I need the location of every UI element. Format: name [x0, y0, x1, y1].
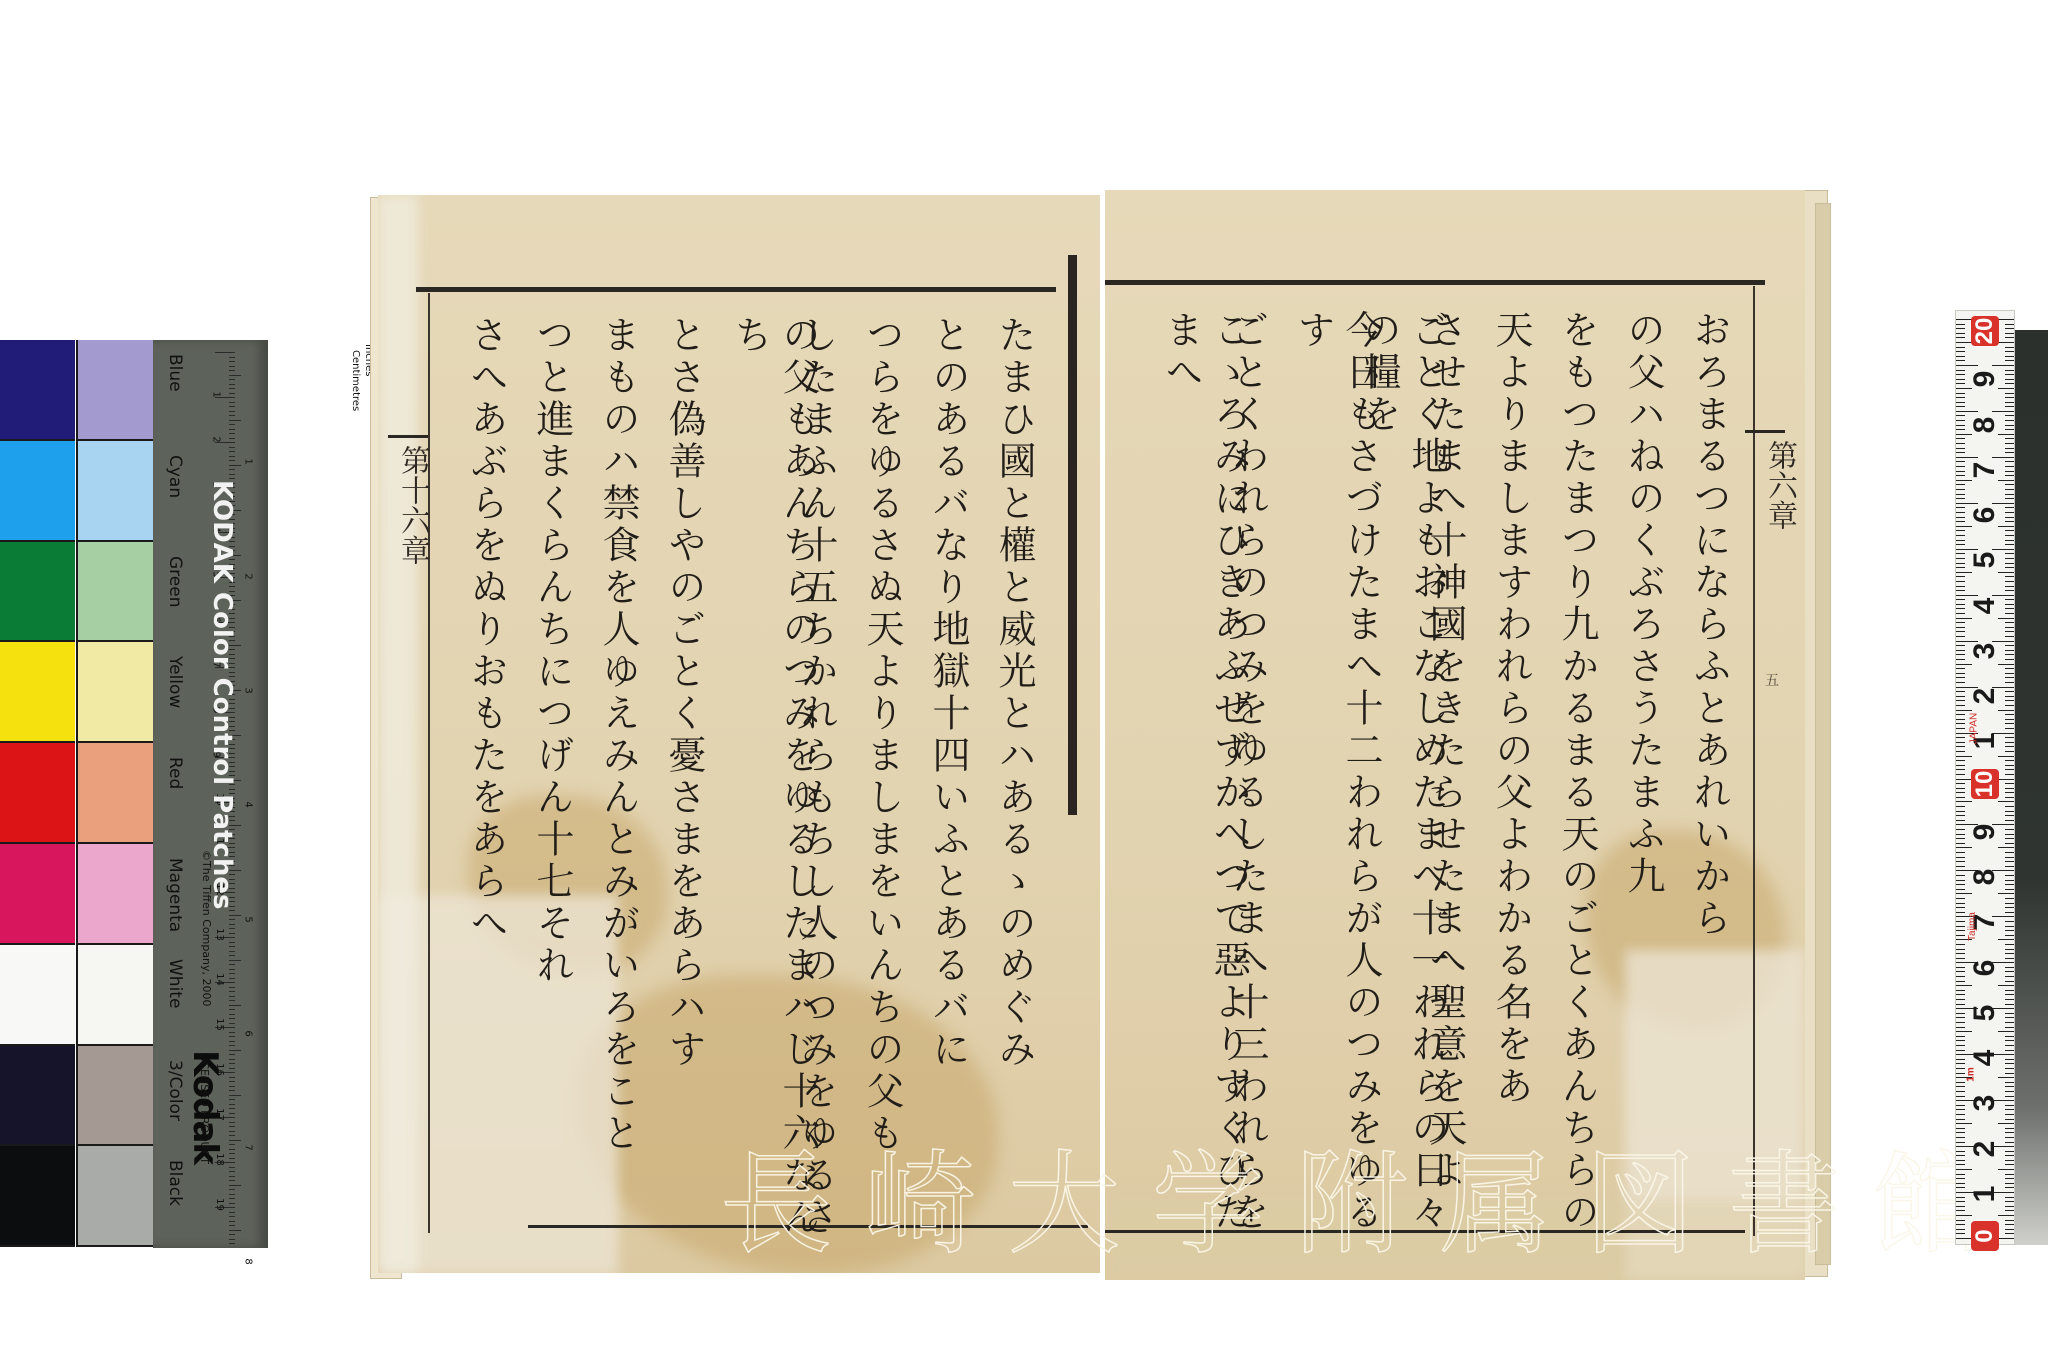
- ruler-number: 8: [1968, 410, 2002, 440]
- measuring-ruler: 20987654321109876543210 JAPAN Tajima 1m: [1955, 310, 2015, 1245]
- gutter-line-left: [1068, 255, 1077, 815]
- patch-label: Red: [165, 757, 185, 789]
- inch-mark: 6: [243, 1030, 254, 1036]
- color-patch-black-dark: [0, 1146, 75, 1247]
- color-patch-red-dark: [0, 743, 75, 844]
- chart-copyright: ©The Tiffen Company, 2000: [200, 850, 213, 1007]
- cm-mark: 2: [211, 436, 222, 442]
- ruler-number: 2: [1968, 681, 2002, 711]
- color-patch-blue-light: [76, 340, 153, 441]
- color-patch-green-light: [76, 542, 153, 643]
- ruler-number: 5: [1968, 998, 2002, 1028]
- patch-label: White: [165, 959, 185, 1008]
- cm-mark: 1: [211, 391, 222, 397]
- color-patch-white-dark: [0, 945, 75, 1046]
- text-column: まものハ禁食を人ゆえみんとみがいろをこと: [594, 315, 642, 1245]
- color-patch-cyan-light: [76, 441, 153, 542]
- text-column: とさ偽善しやのごとく憂さまをあらハす: [660, 315, 708, 1245]
- text-column: の父もあんちらのつみをゆるしたまハじ十六なんち: [726, 315, 822, 1245]
- ruler-number: 0: [1971, 1221, 1999, 1251]
- ruler-number: 2: [1968, 1134, 2002, 1164]
- folio-number: 五: [1765, 670, 1779, 690]
- licensed-product-text: LICENSED PRODUCT: [198, 1052, 211, 1164]
- cm-mark: 13: [214, 928, 225, 941]
- chart-title: KODAK Color Control Patches: [207, 480, 237, 909]
- cm-mark: 19: [214, 1198, 225, 1211]
- ruler-number: 4: [1968, 591, 2002, 621]
- color-patch-3-color-light: [76, 1046, 153, 1147]
- inch-mark: 4: [243, 802, 254, 808]
- gray-scale-strip: [2015, 330, 2048, 1245]
- kodak-color-control-patches: BlueCyanGreenYellowRedMagentaWhite3/Colo…: [0, 340, 268, 1248]
- library-watermark: 長崎大学附属図書館: [720, 1115, 2016, 1276]
- ruler-number: 7: [1968, 455, 2002, 485]
- text-column: をもつたまつり九かるまる天のごとくあんちらの: [1553, 310, 1601, 1240]
- color-patch-blue-dark: [0, 340, 75, 441]
- ruler-number: 9: [1968, 817, 2002, 847]
- cm-mark: 15: [214, 1018, 225, 1031]
- ruler-number: 10: [1971, 769, 1999, 799]
- left-page: 第十六章 たまひ國と權と威光とハあるゝのめぐみとのあるバなり地獄十四いふとあるバ…: [378, 195, 1100, 1273]
- color-patch-yellow-light: [76, 642, 153, 743]
- cm-mark: 14: [214, 973, 225, 986]
- right-page-stack-edge-2: [1815, 203, 1831, 1265]
- color-patch-3-color-dark: [0, 1046, 75, 1147]
- ruler-number: 6: [1968, 953, 2002, 983]
- text-column: さへあぶらをぬりおもたをあらへ: [462, 315, 510, 1245]
- ruler-unit: 1m: [1966, 1067, 1977, 1081]
- color-patch-magenta-light: [76, 844, 153, 945]
- patch-label: Green: [165, 556, 185, 607]
- inch-mark: 5: [243, 916, 254, 922]
- ruler-brand-tajima: Tajima: [1967, 912, 1978, 941]
- patch-label: Cyan: [165, 455, 185, 498]
- ruler-number: 3: [1968, 636, 2002, 666]
- text-column: 今日もさづけたまへ十二われらが人のつみをゆるす: [1289, 310, 1385, 1240]
- text-column: おろまるつにならふとあれいから: [1685, 310, 1733, 1240]
- right-margin-tab: [1745, 430, 1785, 433]
- inch-mark: 7: [243, 1144, 254, 1150]
- color-patch-white-light: [76, 945, 153, 1046]
- ruler-number: 1: [1968, 1179, 2002, 1209]
- patch-label: Black: [165, 1160, 185, 1206]
- inch-mark: 3: [243, 687, 254, 693]
- text-column: つらをゆるさぬ天よりましまをいんちの父も: [858, 315, 906, 1245]
- ruler-number: 5: [1968, 545, 2002, 575]
- color-patch-cyan-dark: [0, 441, 75, 542]
- color-patch-black-light: [76, 1146, 153, 1247]
- patch-label: Magenta: [165, 858, 185, 932]
- right-frame-line: [1753, 286, 1755, 1236]
- text-column: とのあるバなり地獄十四いふとあるバに: [924, 315, 972, 1245]
- left-top-border: [416, 287, 1056, 292]
- ruler-number: 9: [1968, 364, 2002, 394]
- centimetres-label: Centimetres: [350, 350, 361, 411]
- ruler-number: 20: [1971, 316, 1999, 346]
- inch-mark: 8: [243, 1259, 254, 1265]
- patch-label: Yellow: [165, 656, 185, 708]
- inch-mark: 2: [243, 573, 254, 579]
- text-column: たまひ國と權と威光とハあるゝのめぐみ: [990, 315, 1038, 1245]
- left-frame-line: [428, 293, 430, 1233]
- right-margin-chapter-title: 第六章: [1757, 440, 1801, 530]
- text-column: 天よりましますわれらの父よわかる名をあ: [1487, 310, 1535, 1240]
- ruler-number: 6: [1968, 500, 2002, 530]
- inch-mark: 1: [243, 459, 254, 465]
- right-top-border: [1105, 280, 1765, 285]
- color-patch-yellow-dark: [0, 642, 75, 743]
- color-patch-magenta-dark: [0, 844, 75, 945]
- left-margin-tab: [388, 435, 428, 438]
- color-patch-red-light: [76, 743, 153, 844]
- ruler-brand-japan: JAPAN: [1968, 713, 1979, 745]
- patch-label: 3/Color: [165, 1060, 185, 1121]
- left-margin-chapter-title: 第十六章: [390, 445, 434, 565]
- text-column: こゝろみにひきあふせずかへつて惡よりすくひたまへ: [1157, 310, 1253, 1240]
- patch-label: Blue: [165, 354, 185, 392]
- color-chart-label-band: BlueCyanGreenYellowRedMagentaWhite3/Colo…: [153, 340, 268, 1248]
- text-column: つと進まくらんちにつげん十七それ: [528, 315, 576, 1245]
- color-patch-green-dark: [0, 542, 75, 643]
- text-column: の父ハねのくぶろさうたまふ九: [1619, 310, 1667, 1240]
- ruler-number: 3: [1968, 1088, 2002, 1118]
- ruler-number: 8: [1968, 862, 2002, 892]
